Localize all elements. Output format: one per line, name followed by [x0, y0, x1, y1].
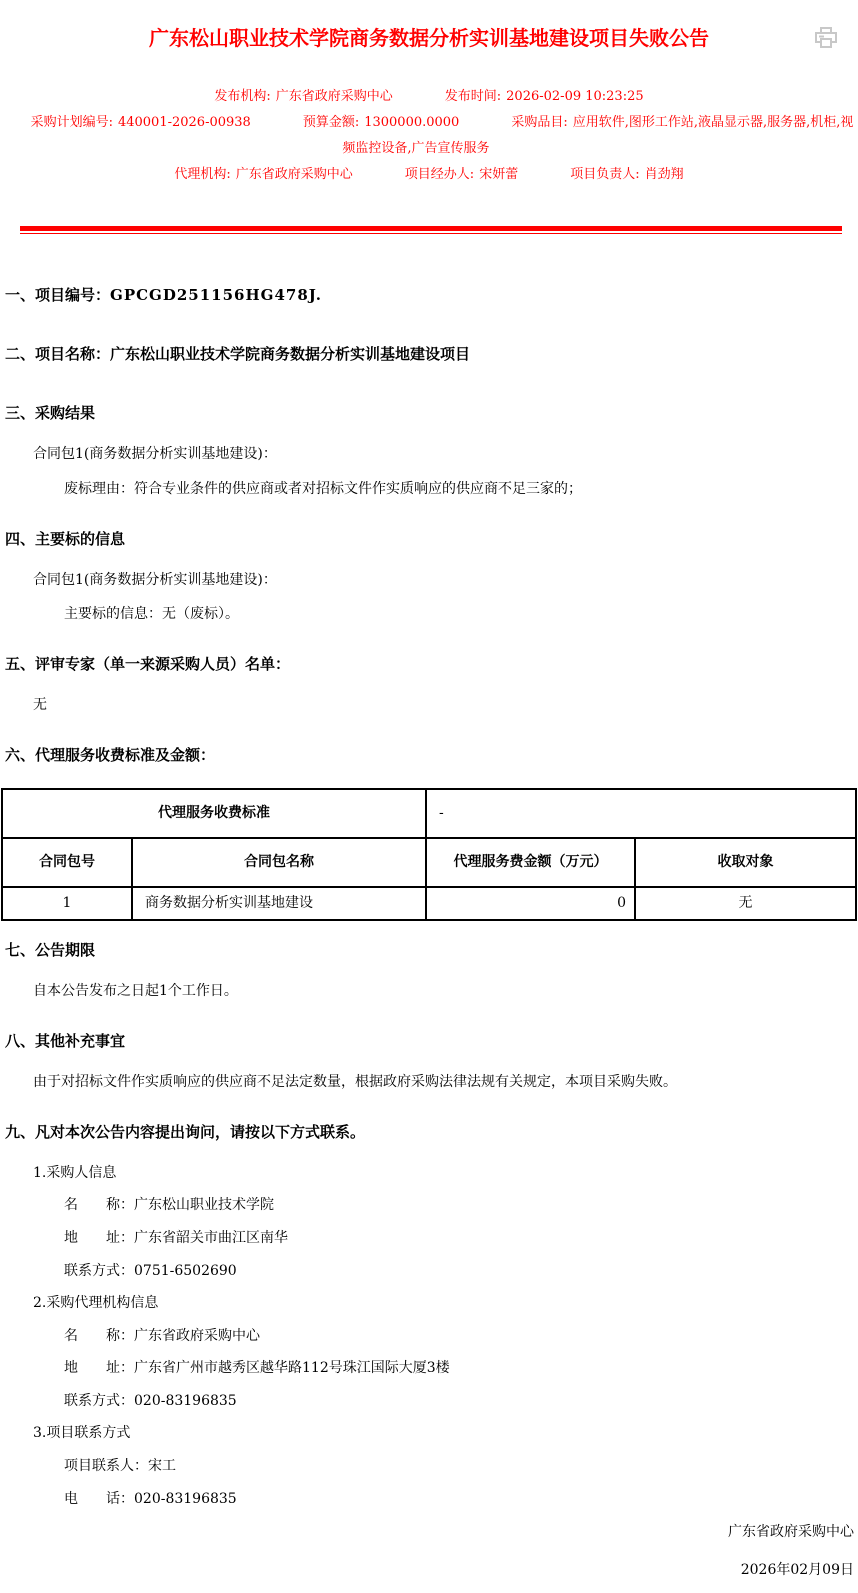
buyer-address-line: 地 址：广东省韶关市曲江区南华: [64, 1230, 858, 1247]
footer-date: 2026年02月09日: [0, 1559, 854, 1579]
meta-label: 项目经办人:: [405, 167, 474, 182]
agency-tel-label: 联系方式：: [64, 1393, 134, 1409]
rule-thick-line: [20, 226, 842, 231]
project-contact-person-label: 项目联系人：: [64, 1458, 148, 1474]
agency-tel-line: 联系方式：020-83196835: [64, 1393, 858, 1410]
cell-package-name: 商务数据分析实训基地建设: [132, 887, 426, 920]
fee-standard-value-cell: -: [426, 789, 856, 838]
agency-fee-table: 代理服务收费标准 - 合同包号 合同包名称 代理服务费金额（万元） 收取对象 1…: [1, 788, 857, 921]
print-button[interactable]: [813, 26, 839, 50]
supplementary-note: 由于对招标文件作实质响应的供应商不足法定数量，根据政府采购法律法规有关规定，本项…: [33, 1074, 858, 1091]
meta-value: 440001-2026-00938: [118, 115, 251, 130]
agency-address-label: 地 址：: [64, 1360, 134, 1376]
project-number: GPCGD251156HG478J.: [110, 286, 322, 304]
meta-label: 采购品目:: [511, 115, 567, 130]
section-1-heading: 一、项目编号：GPCGD251156HG478J.: [5, 286, 858, 304]
buyer-address-value: 广东省韶关市曲江区南华: [134, 1230, 288, 1246]
project-contact-tel-value: 020-83196835: [134, 1491, 237, 1507]
signature-block: 广东省政府采购中心 2026年02月09日: [0, 1521, 858, 1579]
section-2-heading: 二、项目名称：广东松山职业技术学院商务数据分析实训基地建设项目: [5, 345, 858, 363]
agency-name-line: 名 称：广东省政府采购中心: [64, 1328, 858, 1345]
meta-budget: 预算金额:1300000.0000: [303, 115, 460, 130]
buyer-address-label: 地 址：: [64, 1230, 134, 1246]
meta-row-1: 发布机构:广东省政府采购中心发布时间:2026-02-09 10:23:25: [0, 84, 858, 110]
contract-package-line: 合同包1(商务数据分析实训基地建设)：: [33, 446, 858, 463]
section-6-heading: 六、代理服务收费标准及金额：: [5, 746, 858, 764]
buyer-name-value: 广东松山职业技术学院: [134, 1197, 274, 1213]
cell-fee-amount: 0: [426, 887, 635, 920]
meta-value: 宋妍蕾: [479, 167, 518, 182]
buyer-tel-line: 联系方式：0751-6502690: [64, 1263, 858, 1280]
section-7-heading: 七、公告期限: [5, 941, 858, 959]
separator-double-rule: [20, 226, 842, 234]
project-contact-title: 3.项目联系方式: [33, 1425, 858, 1442]
rule-thin-line: [20, 233, 842, 234]
project-contact-person-value: 宋工: [148, 1458, 176, 1474]
project-contact-person-line: 项目联系人：宋工: [64, 1458, 858, 1475]
main-subject-info: 主要标的信息：无（废标）。: [64, 606, 858, 623]
announcement-body: 一、项目编号：GPCGD251156HG478J. 二、项目名称：广东松山职业技…: [0, 286, 858, 1507]
meta-publisher: 发布机构:广东省政府采购中心: [214, 89, 392, 104]
section-3-heading: 三、采购结果: [5, 404, 858, 422]
cell-package-no: 1: [2, 887, 132, 920]
agency-name-value: 广东省政府采购中心: [134, 1328, 260, 1344]
project-contact-tel-line: 电 话：020-83196835: [64, 1491, 858, 1508]
meta-label: 代理机构:: [174, 167, 230, 182]
meta-value: 2026-02-09 10:23:25: [506, 89, 643, 104]
meta-plan-number: 采购计划编号:440001-2026-00938: [31, 115, 251, 130]
table-header-row: 合同包号 合同包名称 代理服务费金额（万元） 收取对象: [2, 838, 856, 887]
rejection-reason: 废标理由：符合专业条件的供应商或者对招标文件作实质响应的供应商不足三家的；: [64, 481, 858, 498]
col-header-fee-amount: 代理服务费金额（万元）: [426, 838, 635, 887]
buyer-tel-value: 0751-6502690: [134, 1263, 237, 1279]
section-8-heading: 八、其他补充事宜: [5, 1032, 858, 1050]
meta-row-3: 代理机构:广东省政府采购中心项目经办人:宋妍蕾项目负责人:肖劲翔: [0, 162, 858, 188]
section-9-heading: 九、凡对本次公告内容提出询问，请按以下方式联系。: [5, 1123, 858, 1141]
agency-tel-value: 020-83196835: [134, 1393, 237, 1409]
agency-address-line: 地 址：广东省广州市越秀区越华路112号珠江国际大厦3楼: [64, 1360, 858, 1377]
buyer-info-title: 1.采购人信息: [33, 1165, 858, 1182]
experts-list-value: 无: [33, 697, 858, 714]
agency-name-label: 名 称：: [64, 1328, 134, 1344]
meta-value: 1300000.0000: [364, 115, 459, 130]
announcement-page: 广东松山职业技术学院商务数据分析实训基地建设项目失败公告 发布机构:广东省政府采…: [0, 0, 858, 1593]
col-header-package-name: 合同包名称: [132, 838, 426, 887]
table-row: 1 商务数据分析实训基地建设 0 无: [2, 887, 856, 920]
page-title: 广东松山职业技术学院商务数据分析实训基地建设项目失败公告: [0, 26, 858, 50]
meta-label: 采购计划编号:: [31, 115, 113, 130]
fee-standard-label-cell: 代理服务收费标准: [2, 789, 426, 838]
fee-standard-row: 代理服务收费标准 -: [2, 789, 856, 838]
meta-label: 发布机构:: [214, 89, 270, 104]
section-2-label: 二、项目名称：: [5, 345, 110, 363]
meta-handler: 项目经办人:宋妍蕾: [405, 167, 518, 182]
agency-info-title: 2.采购代理机构信息: [33, 1295, 858, 1312]
meta-publish-time: 发布时间:2026-02-09 10:23:25: [445, 89, 644, 104]
buyer-name-label: 名 称：: [64, 1197, 134, 1213]
project-contact-tel-label: 电 话：: [64, 1491, 134, 1507]
meta-responsible-person: 项目负责人:肖劲翔: [570, 167, 683, 182]
meta-value: 广东省政府采购中心: [276, 89, 393, 104]
buyer-name-line: 名 称：广东松山职业技术学院: [64, 1197, 858, 1214]
section-5-heading: 五、评审专家（单一来源采购人员）名单：: [5, 655, 858, 673]
meta-row-2: 采购计划编号:440001-2026-00938预算金额:1300000.000…: [0, 110, 858, 162]
contract-package-line-2: 合同包1(商务数据分析实训基地建设)：: [33, 572, 858, 589]
agency-address-value: 广东省广州市越秀区越华路112号珠江国际大厦3楼: [134, 1360, 450, 1376]
cell-charge-target: 无: [635, 887, 856, 920]
meta-label: 预算金额:: [303, 115, 359, 130]
col-header-charge-target: 收取对象: [635, 838, 856, 887]
meta-label: 发布时间:: [445, 89, 501, 104]
footer-org: 广东省政府采购中心: [0, 1521, 854, 1541]
meta-value: 广东省政府采购中心: [236, 167, 353, 182]
meta-label: 项目负责人:: [570, 167, 639, 182]
buyer-tel-label: 联系方式：: [64, 1263, 134, 1279]
announcement-period: 自本公告发布之日起1个工作日。: [33, 983, 858, 1000]
meta-value: 肖劲翔: [645, 167, 684, 182]
section-4-heading: 四、主要标的信息: [5, 530, 858, 548]
meta-info-block: 发布机构:广东省政府采购中心发布时间:2026-02-09 10:23:25 采…: [0, 84, 858, 188]
col-header-package-no: 合同包号: [2, 838, 132, 887]
meta-agency: 代理机构:广东省政府采购中心: [174, 167, 352, 182]
project-name: 广东松山职业技术学院商务数据分析实训基地建设项目: [110, 345, 470, 363]
printer-icon: [813, 26, 839, 50]
section-1-label: 一、项目编号：: [5, 286, 110, 304]
